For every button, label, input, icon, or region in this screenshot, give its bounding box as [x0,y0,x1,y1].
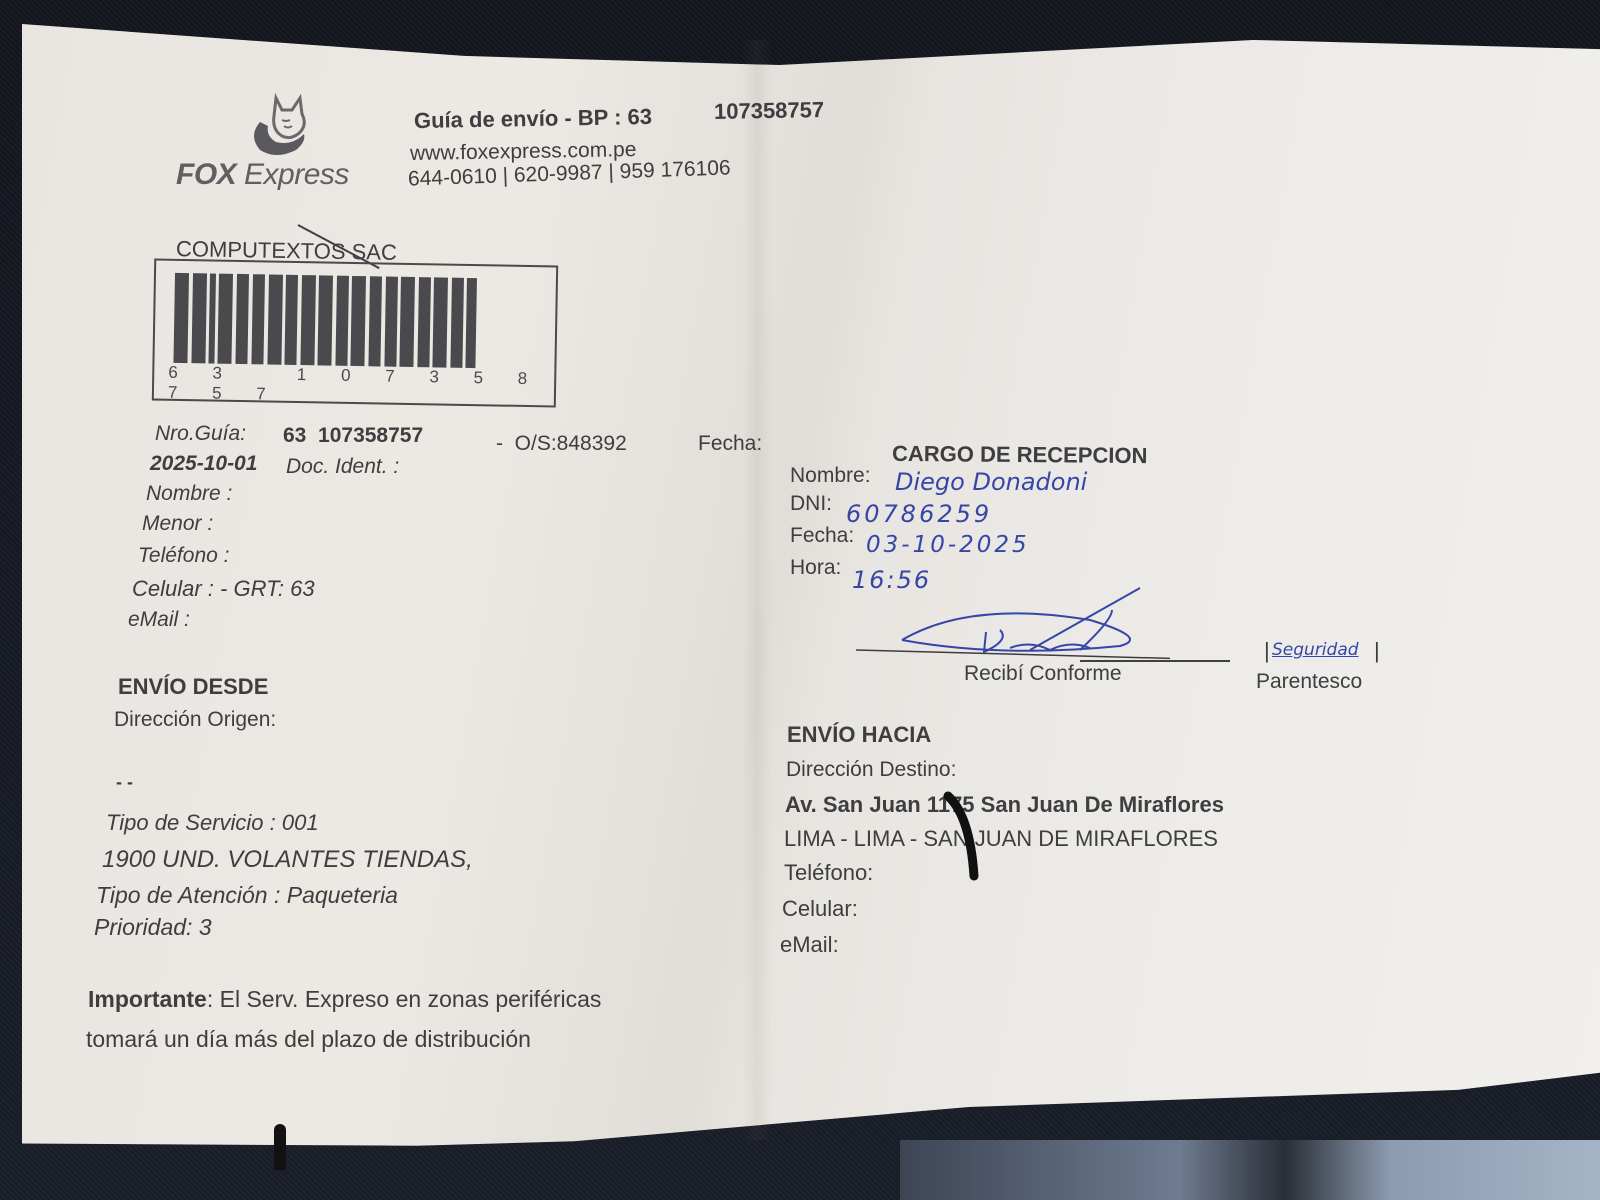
tipo-atencion: Tipo de Atención : Paqueteria [96,882,398,909]
important-notice-line1: Importante: El Serv. Expreso en zonas pe… [88,986,601,1013]
recibi-conforme-label: Recibí Conforme [964,662,1122,686]
important-notice-line2: tomará un día más del plazo de distribuc… [86,1026,531,1053]
cargo-hora-label: Hora: [790,556,841,580]
fox-icon [246,92,322,160]
direccion-destino-line2: LIMA - LIMA - SAN JUAN DE MIRAFLORES [784,826,1218,852]
barcode-bars [170,273,534,369]
direccion-origen-label: Dirección Origen: [114,708,276,732]
nro-guia-label: Nro.Guía: [155,422,246,446]
parentesco-bracket-left: | [1264,638,1270,664]
cargo-dni-label: DNI: [790,492,832,516]
envio-desde-title: ENVÍO DESDE [118,674,268,700]
prioridad: Prioridad: 3 [94,914,212,941]
parentesco-label: Parentesco [1256,670,1362,694]
parentesco-value: Seguridad [1272,640,1359,660]
cargo-fecha-label: Fecha: [790,524,854,548]
fecha-label: Fecha: [698,432,762,456]
destino-telefono-label: Teléfono: [784,860,873,886]
cargo-fecha-value: 03-10-2025 [866,532,1030,558]
guide-title: Guía de envío - BP : 63 [414,104,652,134]
paper-fold [742,40,772,1140]
fecha-value: 2025-10-01 [150,452,257,476]
doc-ident-label: Doc. Ident. : [286,455,399,479]
direccion-origen-value: - - [116,772,133,793]
cargo-nombre-label: Nombre: [790,464,871,488]
marker-stroke [940,786,990,886]
celular-label: Celular : - GRT: 63 [132,576,315,602]
brand-name: FOX Express [176,158,349,192]
cargo-nombre-value: Diego Donadoni [895,468,1087,496]
destino-celular-label: Celular: [782,896,858,922]
order-number: - O/S:848392 [496,432,627,456]
fox-express-logo: FOX Express [176,92,386,202]
guide-number-header: 107358757 [714,97,825,125]
background-jeans [900,1140,1600,1200]
parentesco-bracket-right: | [1374,638,1380,664]
menor-label: Menor : [142,512,213,536]
tipo-servicio: Tipo de Servicio : 001 [106,810,319,836]
pen-tip [274,1124,286,1170]
direccion-destino-line1: Av. San Juan 1175 San Juan De Miraflores [785,792,1224,818]
barcode: 6 31 0 7 3 5 8 7 5 7 [152,258,558,407]
cargo-title: CARGO DE RECEPCION [892,441,1148,469]
destino-email-label: eMail: [780,932,839,958]
telefono-label: Teléfono : [138,544,229,568]
signature [850,580,1170,670]
direccion-destino-label: Dirección Destino: [786,758,956,782]
envio-hacia-title: ENVÍO HACIA [787,722,931,748]
barcode-digits: 6 31 0 7 3 5 8 7 5 7 [168,363,555,410]
cargo-dni-value: 60786259 [846,500,992,528]
shipment-description: 1900 UND. VOLANTES TIENDAS, [102,846,473,874]
nombre-label: Nombre : [146,482,232,506]
email-label: eMail : [128,608,190,632]
nro-guia-value: 63 107358757 [283,424,423,448]
